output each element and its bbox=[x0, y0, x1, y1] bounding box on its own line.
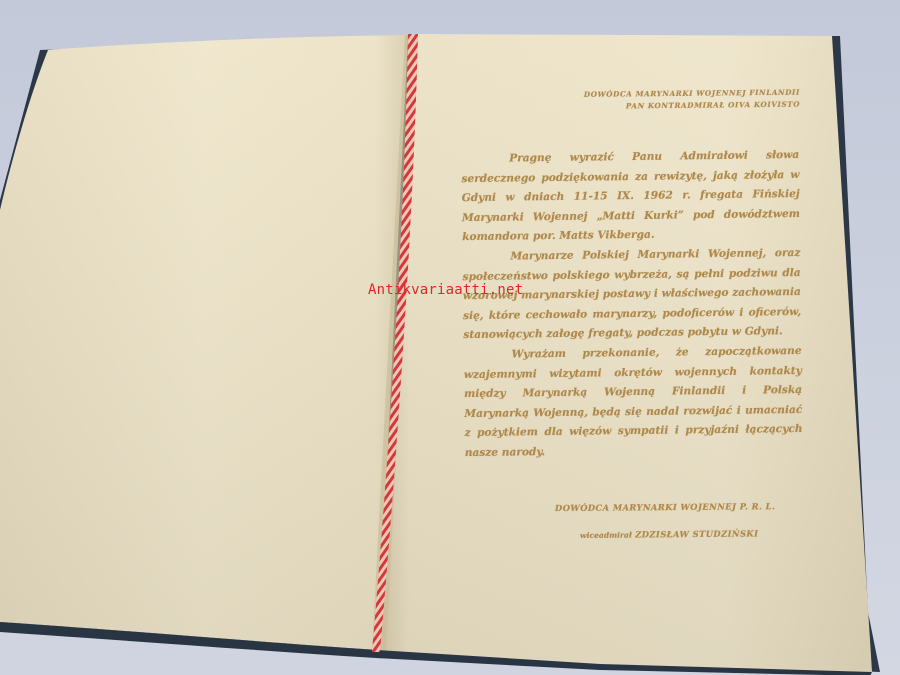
signature-name: ZDZISŁAW STUDZIŃSKI bbox=[635, 528, 758, 539]
signature-rank: wiceadmirał bbox=[580, 531, 632, 540]
paragraph-1: Pragnę wyrazić Panu Admirałowi słowa ser… bbox=[461, 146, 800, 248]
signature-line: wiceadmirał ZDZISŁAW STUDZIŃSKI bbox=[580, 528, 800, 540]
letter-heading: DOWÓDCA MARYNARKI WOJENNEJ FINLANDII PAN… bbox=[530, 87, 800, 114]
signature-title: DOWÓDCA MARYNARKI WOJENNEJ P. R. L. bbox=[555, 501, 795, 513]
book-photo: DOWÓDCA MARYNARKI WOJENNEJ FINLANDII PAN… bbox=[0, 0, 900, 675]
paragraph-3: Wyrażam przekonanie, że zapoczątkowane w… bbox=[463, 342, 802, 464]
letter-body: Pragnę wyrazić Panu Admirałowi słowa ser… bbox=[461, 146, 803, 464]
watermark: Antikvariaatti.net bbox=[368, 282, 523, 298]
